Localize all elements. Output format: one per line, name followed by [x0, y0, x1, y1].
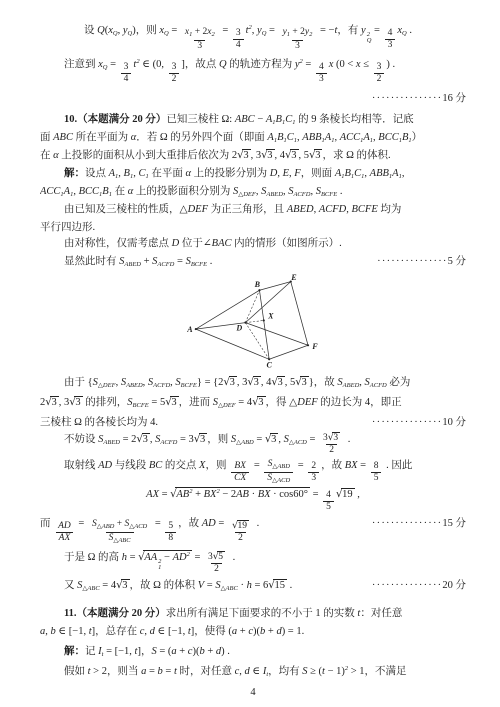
- math-variable: S△ABD: [231, 434, 254, 446]
- text-run: 解：: [64, 165, 85, 180]
- edge-BC: [259, 290, 269, 359]
- fraction: 23: [308, 461, 319, 484]
- text-run: + 2: [192, 27, 207, 38]
- text-run: 3: [315, 150, 320, 161]
- subscript: ABED: [126, 382, 143, 389]
- variable-base: ACC: [40, 186, 60, 197]
- variable-base: AB: [176, 489, 189, 500]
- math-variable: xQ: [108, 25, 117, 37]
- text-run: 3: [51, 397, 56, 408]
- subscript: ACFD: [157, 261, 174, 268]
- text-run: +: [177, 646, 188, 657]
- numerator: 3: [233, 28, 244, 39]
- text-run: 5: [218, 552, 223, 563]
- math-variable: S△ABC: [77, 580, 100, 592]
- radicand: 3: [50, 396, 58, 408]
- text-run: 上的投影分别为: [191, 165, 270, 180]
- text-run: AD: [98, 460, 112, 471]
- text-run: .: [207, 256, 212, 267]
- math-variable: BX2: [204, 488, 220, 500]
- edge-AB: [196, 290, 260, 329]
- text-run: 的交点: [162, 457, 199, 472]
- text-run: 8: [168, 533, 173, 544]
- text-run: ) = 1.: [282, 626, 305, 637]
- fraction: √192: [229, 520, 252, 544]
- text-run: 为正三角形，且: [208, 201, 287, 216]
- math-variable: SBCFE: [127, 397, 149, 409]
- dot-leader: ···············: [372, 580, 442, 591]
- numerator: 5: [165, 521, 176, 532]
- text-run: 由对称性，仅需考虑点: [64, 235, 172, 250]
- radical: √3: [237, 149, 250, 161]
- text-run: 4: [124, 74, 129, 85]
- text-run: =: [76, 518, 87, 529]
- text-run: 3: [243, 150, 248, 161]
- q10-solution-line-2: ACC1A1, BCC1B1 在 α 上的投影面积分别为 S△DEF, SABE…: [40, 183, 466, 201]
- subscript: △ABC: [221, 585, 238, 592]
- text-run: ，故: [178, 515, 202, 530]
- math-variable: S△DEF: [233, 186, 256, 198]
- text-run: 三棱柱 Ω 的各棱长均为 4.: [40, 414, 158, 429]
- subscript: ABED: [103, 439, 120, 446]
- text-run: 8: [374, 461, 379, 472]
- label-E: E: [290, 273, 297, 282]
- text-run: DEF: [297, 397, 317, 408]
- text-run: = 4: [236, 397, 252, 408]
- score-mark: ···············5 分: [377, 253, 466, 268]
- text-run: BCFE: [352, 204, 378, 215]
- text-run: −: [255, 114, 266, 125]
- text-run: 的轨迹方程为: [227, 56, 295, 71]
- score-mark: ···············15 分: [372, 515, 466, 530]
- fraction: 3√52: [205, 551, 228, 575]
- text-run: =: [216, 518, 227, 529]
- numerator: 3√5: [205, 551, 228, 563]
- text-run: ,: [402, 168, 405, 179]
- radicand: 3: [142, 433, 150, 445]
- text-run: AD: [58, 521, 71, 532]
- text-run: )，则: [132, 22, 159, 37]
- text-run: 4: [319, 62, 324, 73]
- text-run: 解：: [64, 643, 85, 658]
- denominator: 8: [165, 532, 176, 544]
- q10-solution-line-7: 由于 {S△DEF, SABED, SACFD, SBCFE} = {2√3, …: [40, 374, 466, 394]
- fraction: y1 + 2y23: [280, 27, 316, 52]
- radicand: 3: [170, 396, 178, 408]
- dot-leader: ···············: [372, 417, 442, 428]
- numerator: 4: [316, 62, 327, 73]
- text-run: , 5: [285, 377, 296, 388]
- text-run: =: [152, 518, 163, 529]
- text-run: 20 分: [442, 577, 466, 592]
- text-run: ABC: [235, 114, 255, 125]
- text-run: ACFD: [319, 204, 346, 215]
- score-mark: ···············16 分: [372, 90, 466, 105]
- text-run: , 5: [299, 150, 310, 161]
- math-variable: S△ABC: [109, 533, 131, 546]
- math-variable: AD2: [173, 551, 190, 563]
- text-run: =: [220, 25, 231, 36]
- subscript: 1: [158, 565, 161, 571]
- subscript: △ACD: [289, 439, 307, 446]
- radical: √3: [309, 149, 322, 161]
- text-run: ，有: [337, 22, 361, 37]
- denominator: 5: [323, 501, 334, 513]
- text-run: 内的情形（如图所示）.: [232, 235, 342, 250]
- text-run: .: [407, 25, 412, 36]
- text-run: 3: [278, 377, 283, 388]
- math-variable: B1: [344, 168, 354, 180]
- text-run: Q: [219, 59, 227, 70]
- text-run: 2: [329, 445, 334, 456]
- q11-heading-line: 11.（本题满分 20 分）求出所有满足下面要求的不小于 1 的实数 t：对任意: [40, 605, 466, 623]
- radicand: 19: [237, 520, 250, 532]
- text-run: =: [169, 25, 180, 36]
- q10-solution-line-1: 解：设点 A1, B1, C1 在平面 α 上的投影分别为 D, E, F，则面…: [40, 165, 466, 183]
- math-variable: SBCFE: [186, 256, 208, 268]
- label-F: F: [311, 342, 318, 351]
- text-run: 设: [84, 22, 97, 37]
- q10-solution-equation-AX: AX = √AB2 + BX2 − 2AB · BX · cos60° = 45…: [40, 487, 466, 515]
- numerator: 4: [323, 490, 334, 501]
- text-run: BAC: [212, 238, 232, 249]
- q10-solution-line-9-score-10: 三棱柱 Ω 的各棱长均为 4.···············10 分: [40, 414, 466, 431]
- denominator: 4: [233, 39, 244, 51]
- q10-solution-line-11: 取射线 AD 与线段 BC 的交点 X，则 BXCX = S△ABDS△ACD …: [40, 457, 466, 487]
- text-run: 3: [311, 473, 316, 484]
- text-run: 2: [238, 533, 243, 544]
- q10-solution-line-6-score-5: 显然此时有 SABED + SACFD = SBCFE .···········…: [40, 253, 466, 271]
- text-run: CX: [234, 473, 246, 484]
- text-run: 所在平面为: [73, 129, 131, 144]
- radical: √3: [247, 376, 260, 388]
- text-run: =: [295, 460, 306, 471]
- math-variable: C1: [287, 132, 297, 144]
- math-variable: S△ACD: [284, 434, 307, 446]
- text-run: ·: [249, 489, 258, 500]
- text-run: 3: [171, 397, 176, 408]
- math-variable: AB2: [176, 488, 192, 500]
- text-run: DEF: [188, 204, 208, 215]
- q10-solution-line-8: 2√3, 3√3 的排列，SBCFE = 5√3，进而 S△DEF = 4√3，…: [40, 394, 466, 414]
- text-run: 3: [200, 434, 205, 445]
- text-run: ，则面: [301, 165, 335, 180]
- math-variable: y1: [283, 27, 290, 40]
- text-run: 3: [172, 62, 177, 73]
- text-run: , 3: [237, 377, 248, 388]
- denominator: CX: [231, 472, 249, 484]
- text-run: AB: [236, 489, 249, 500]
- text-run: 显然此时有: [64, 253, 119, 268]
- numerator: 3√3: [320, 432, 343, 444]
- text-run: 假如: [64, 663, 88, 678]
- radical: √3: [194, 433, 207, 445]
- fraction: 43: [316, 62, 327, 85]
- figure-solid-edges: [196, 282, 308, 360]
- text-run: 于是 Ω 的高: [64, 549, 122, 564]
- math-variable: SABED: [119, 256, 141, 268]
- math-variable: SABED: [121, 377, 143, 389]
- text-run: 位于∠: [179, 235, 211, 250]
- text-run: 上的投影面积分别为: [133, 183, 233, 198]
- text-run: 在平面: [149, 165, 186, 180]
- text-run: 5 分: [448, 253, 466, 268]
- math-variable: AA21: [144, 552, 161, 571]
- text-run: (0 <: [333, 59, 356, 70]
- subscript: 2: [309, 31, 312, 38]
- text-run: 5: [374, 473, 379, 484]
- text-run: 10 分: [442, 414, 466, 429]
- denominator: 2: [235, 532, 246, 544]
- text-run: ∈: [140, 58, 153, 70]
- fraction: 85: [371, 461, 382, 484]
- math-variable: x1: [185, 27, 192, 40]
- text-run: 已知三棱柱 Ω:: [166, 111, 234, 126]
- text-run: 15: [274, 580, 285, 591]
- math-variable: B1: [102, 186, 112, 198]
- score-mark: ···············20 分: [372, 577, 466, 592]
- text-run: BX: [258, 489, 271, 500]
- math-variable: C1: [354, 168, 364, 180]
- math-variable: C1: [138, 168, 148, 180]
- denominator: 2: [374, 73, 385, 85]
- text-run: =: [159, 489, 170, 500]
- radical: √3: [265, 433, 278, 445]
- q10-solution-line-4: 平行四边形.: [40, 219, 466, 235]
- denominator: 2: [169, 73, 180, 85]
- text-run: > 2，则当: [91, 663, 142, 678]
- text-run: BX: [234, 461, 246, 472]
- text-run: ) .: [221, 646, 230, 657]
- text-run: 3: [295, 41, 300, 52]
- edge-CA: [196, 329, 269, 359]
- radical: √3: [116, 579, 129, 591]
- math-variable: BCC1: [378, 132, 402, 144]
- radicand: 5: [217, 551, 225, 563]
- label-D: D: [235, 324, 242, 333]
- text-run: .: [345, 434, 350, 445]
- q10-heading-line: 10.（本题满分 20 分）已知三棱柱 Ω: ABC − A1B1C1 的 9 …: [40, 111, 466, 129]
- edge-DX-dashed: [245, 320, 263, 322]
- text-run: 19: [342, 489, 353, 500]
- text-run: 必为: [387, 374, 411, 389]
- fraction: BXCX: [231, 461, 249, 484]
- math-variable: BCC1: [79, 186, 103, 198]
- label-B: B: [254, 280, 261, 289]
- text-run: 取射线: [64, 457, 98, 472]
- edge-DC-dashed: [245, 323, 269, 360]
- text-run: .: [287, 580, 292, 591]
- text-run: ：对任意: [360, 605, 402, 620]
- text-run: +: [192, 489, 203, 500]
- fraction: 32: [169, 62, 180, 85]
- radical: √3: [223, 376, 236, 388]
- text-run: +: [114, 519, 124, 530]
- text-run: =: [310, 489, 321, 500]
- text-run: AX: [59, 533, 71, 544]
- edge-DB-dashed: [245, 290, 259, 322]
- fraction: 43: [385, 28, 396, 51]
- text-run: ，则: [207, 431, 231, 446]
- math-variable: ACC1: [40, 186, 64, 198]
- math-variable: S△ACD: [124, 519, 147, 532]
- subscript: BCFE: [181, 382, 197, 389]
- radicand: 3: [266, 149, 274, 161]
- radical: √3: [252, 396, 265, 408]
- text-run: = −: [317, 25, 334, 36]
- math-variable: ACC1: [340, 132, 364, 144]
- text-run: 又: [64, 577, 77, 592]
- subscript: BCFE: [133, 402, 149, 409]
- radical: √3: [328, 432, 340, 444]
- text-run: ）: [412, 129, 423, 144]
- math-variable: A1: [363, 132, 373, 144]
- radicand: 3: [253, 376, 261, 388]
- radical: √3: [271, 376, 284, 388]
- math-variable: xQ: [397, 25, 406, 37]
- text-run: 16 分: [442, 90, 466, 105]
- radicand: AA21 − AD2: [143, 550, 192, 571]
- math-variable: ABB1: [302, 132, 325, 144]
- text-run: 4: [388, 28, 393, 39]
- radical: √AB2 + BX2 − 2AB · BX · cos60°: [170, 487, 310, 500]
- fraction: 45: [323, 490, 334, 513]
- text-run: 2: [311, 461, 316, 472]
- text-run: (0,: [153, 59, 167, 70]
- radicand: 3: [121, 579, 129, 591]
- text-run: D: [270, 168, 278, 179]
- fraction: 3√32: [320, 432, 343, 456]
- math-variable: SABED: [98, 434, 120, 446]
- text-run: +: [205, 646, 216, 657]
- math-variable: C1: [285, 114, 295, 126]
- text-run: ∈ [−1,: [56, 625, 89, 637]
- numerator: S△ABD: [265, 459, 293, 472]
- radical: √5: [213, 551, 225, 563]
- radicand: 3: [314, 149, 322, 161]
- numerator: 3: [169, 62, 180, 73]
- text-run: ≤: [361, 59, 372, 70]
- radicand: 3: [332, 432, 340, 444]
- text-run: ，求 Ω 的体积.: [322, 147, 390, 162]
- q11-solution-line-2: 假如 t > 2，则当 a = b = t 时，对任意 c, d ∈ It，均有…: [40, 663, 466, 683]
- text-run: ]，: [137, 643, 151, 658]
- q10-solution-line-10: 不妨设 SABED = 2√3, SACFD = 3√3，则 S△ABD = √…: [40, 431, 466, 457]
- dot-leader: ···············: [372, 93, 442, 104]
- math-variable: A1: [266, 114, 276, 126]
- subscript: △ABD: [236, 439, 254, 446]
- q10-statement-line-3: 在 α 上投影的面积从小到大重排后依次为 2√3, 3√3, 4√3, 5√3，…: [40, 147, 466, 165]
- text-run: +: [237, 626, 248, 637]
- text-run: )(: [192, 646, 199, 657]
- numerator: 3: [121, 62, 132, 73]
- radical: √3: [285, 149, 298, 161]
- text-run: 在: [40, 147, 53, 162]
- radical: √3: [69, 396, 82, 408]
- math-variable: A1: [325, 132, 335, 144]
- variable-base: BCC: [378, 132, 398, 143]
- numerator: √19: [229, 520, 252, 532]
- text-run: 3: [291, 150, 296, 161]
- numerator: 2: [308, 461, 319, 472]
- text-run: ,: [355, 489, 360, 500]
- text-run: =: [266, 25, 277, 36]
- edge-FC: [269, 345, 308, 359]
- variable-base: ACC: [340, 132, 360, 143]
- text-run: } = {2: [197, 377, 224, 388]
- text-run: +: [141, 256, 152, 267]
- text-run: 3: [301, 377, 306, 388]
- text-run: AX: [146, 489, 159, 500]
- math-variable: SACFD: [155, 434, 177, 446]
- subscript: BCFE: [191, 261, 207, 268]
- subscript: △ABC: [113, 537, 130, 544]
- text-run: )(: [253, 626, 260, 637]
- text-run: ·: [238, 580, 247, 591]
- variable-base: BCC: [79, 186, 99, 197]
- radical: √15: [268, 579, 287, 591]
- variable-base: y: [361, 25, 366, 36]
- text-run: 3: [254, 377, 259, 388]
- text-run: > 1，不满足: [348, 663, 406, 678]
- text-run: .: [254, 518, 259, 529]
- fraction: 34: [233, 28, 244, 51]
- text-run: =: [127, 552, 138, 563]
- text-run: AD: [202, 518, 216, 529]
- text-run: 由已知及三棱柱的性质，△: [64, 201, 188, 216]
- subscript: Q: [367, 38, 372, 44]
- radicand: 3: [199, 433, 207, 445]
- text-run: 4: [326, 490, 331, 501]
- subscript: ACFD: [370, 382, 387, 389]
- math-variable: A1: [64, 186, 74, 198]
- math-variable: B1: [402, 132, 412, 144]
- variable-base: AD: [173, 552, 187, 563]
- radical: √19: [336, 488, 355, 500]
- text-run: 10.（本题满分 20 分）: [64, 111, 166, 126]
- math-variable: x2: [207, 27, 214, 40]
- subscript: △ABC: [82, 585, 99, 592]
- radical: √3: [165, 396, 178, 408]
- text-run: ，故: [321, 457, 345, 472]
- text-run: ，则: [205, 457, 229, 472]
- text-run: . 因此: [383, 457, 412, 472]
- text-run: .: [337, 186, 342, 197]
- subscript: ACFD: [153, 382, 170, 389]
- text-run: 求出所有满足下面要求的不小于 1 的实数: [166, 605, 358, 620]
- variable-base: BX: [204, 489, 217, 500]
- text-run: 3: [319, 74, 324, 85]
- math-variable: B1: [276, 114, 286, 126]
- math-variable: y2: [295, 58, 303, 70]
- numerator: 3: [374, 62, 385, 73]
- text-run: 5: [326, 502, 331, 513]
- text-run: 设点: [85, 165, 109, 180]
- math-variable: SABED: [261, 186, 283, 198]
- fraction: x1 + 2x23: [182, 27, 218, 52]
- text-run: 19: [238, 521, 248, 532]
- text-run: ABC: [53, 132, 73, 143]
- q9-solution-line-2: 注意到 xQ = 34t2 ∈ (0, 32]，故点 Q 的轨迹方程为 y2 =…: [40, 56, 466, 90]
- radicand: 3: [229, 376, 237, 388]
- text-run: = 5: [149, 397, 165, 408]
- score-mark: ···············10 分: [372, 414, 466, 429]
- label-A: A: [187, 325, 193, 334]
- figure-vertex-dots: [195, 281, 309, 361]
- text-run: , 4: [261, 377, 272, 388]
- subscript: △DEF: [98, 382, 116, 389]
- q10-solution-line-13: 于是 Ω 的高 h = √AA21 − AD2 = 3√52 .: [40, 549, 466, 577]
